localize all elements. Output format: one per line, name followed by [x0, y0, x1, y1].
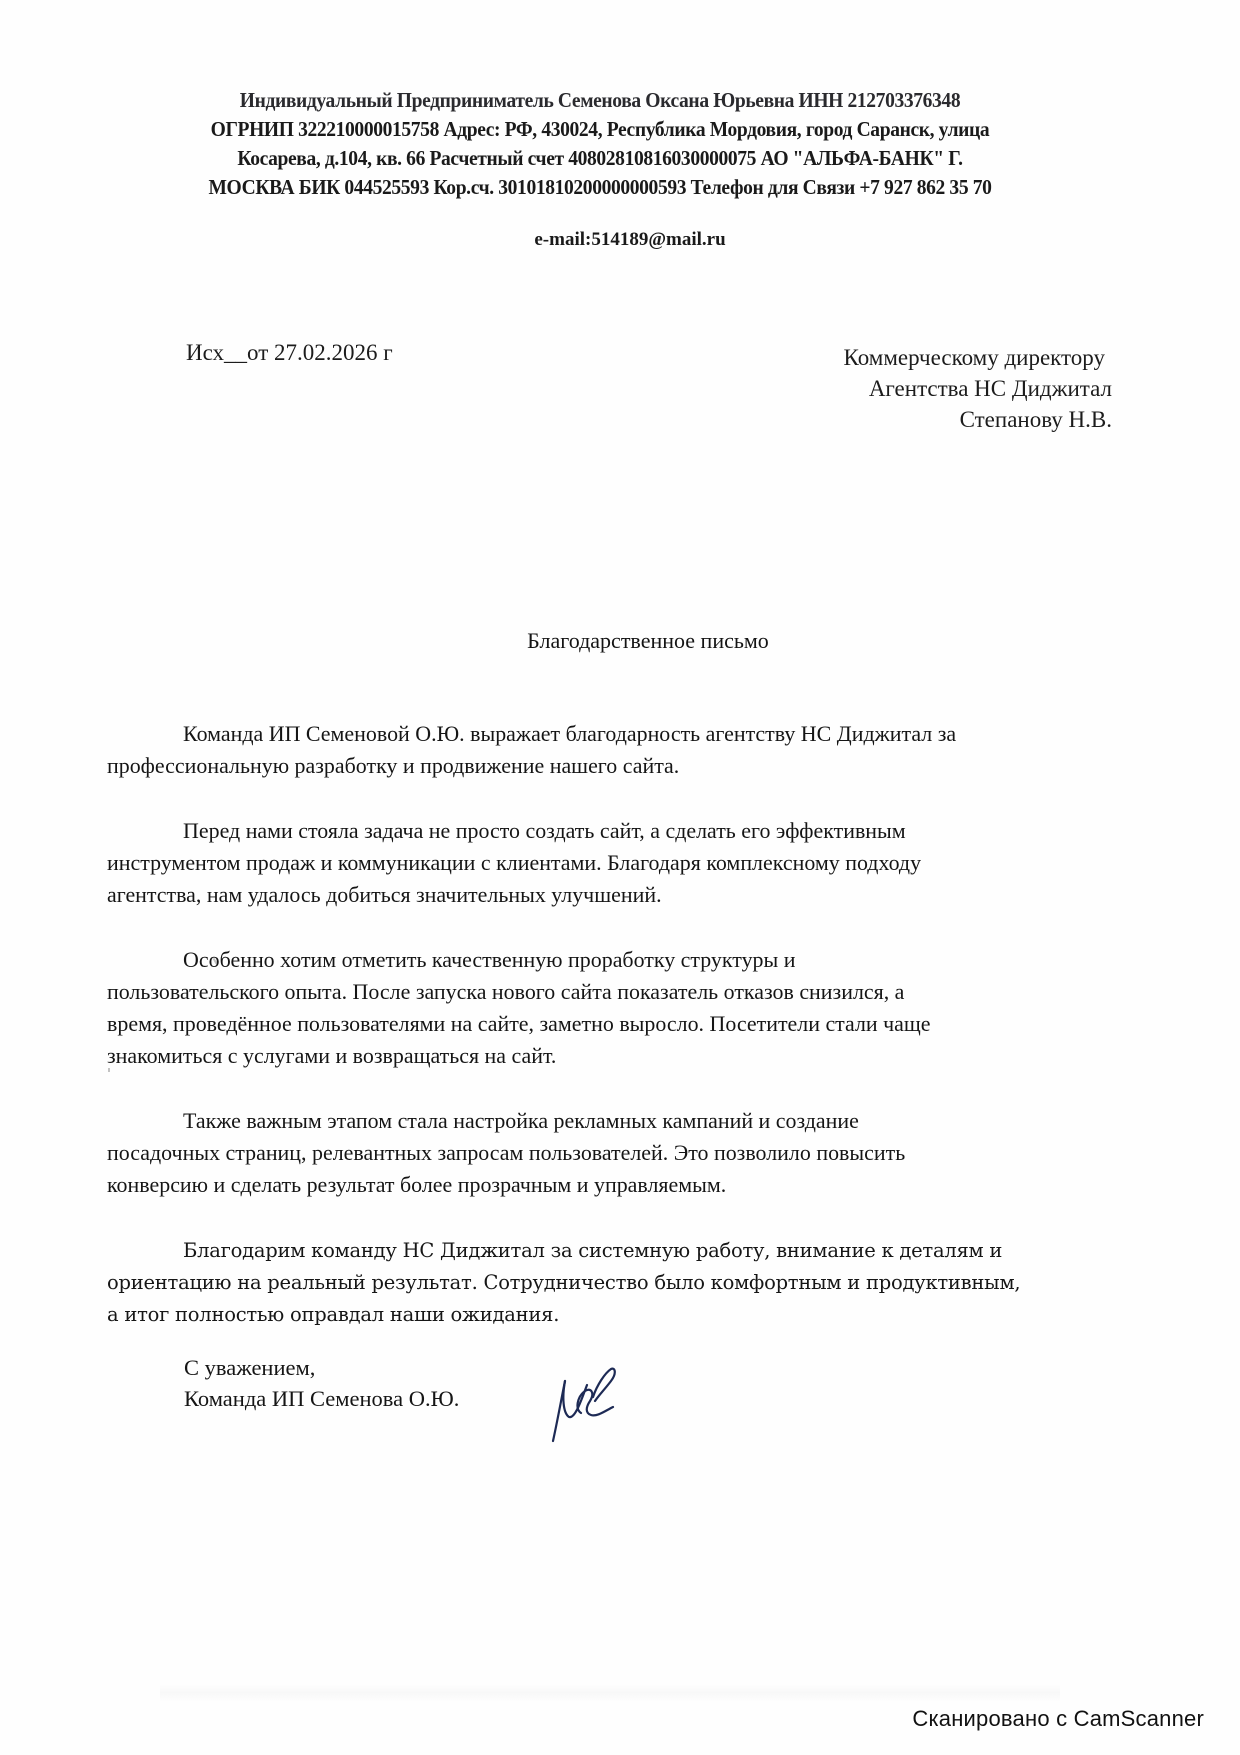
requisites-line: МОСКВА БИК 044525593 Кор.сч. 30101810200…	[135, 173, 1065, 202]
paragraph: Благодарим команду НС Диджитал за систем…	[107, 1234, 1092, 1330]
requisites-line: Индивидуальный Предприниматель Семенова …	[135, 86, 1065, 115]
text-line: профессиональную разработку и продвижени…	[107, 750, 1092, 782]
closing-block: С уважением, Команда ИП Семенова О.Ю.	[184, 1352, 459, 1414]
closing-signatory: Команда ИП Семенова О.Ю.	[184, 1383, 459, 1414]
text-line: Перед нами стояла задача не просто созда…	[107, 815, 1092, 847]
text-line: посадочных страниц, релевантных запросам…	[107, 1137, 1092, 1169]
paragraph: Особенно хотим отметить качественную про…	[107, 944, 1092, 1072]
paragraph: Также важным этапом стала настройка рекл…	[107, 1105, 1092, 1201]
text-line: знакомиться с услугами и возвращаться на…	[107, 1040, 1092, 1072]
text-line: конверсию и сделать результат более проз…	[107, 1169, 1092, 1201]
addressee-organization: Агентства НС Диджитал	[844, 373, 1112, 404]
text-line: время, проведённое пользователями на сай…	[107, 1008, 1092, 1040]
text-line: Команда ИП Семеновой О.Ю. выражает благо…	[107, 718, 1092, 750]
document-page: Индивидуальный Предприниматель Семенова …	[0, 0, 1240, 1755]
document-title: Благодарственное письмо	[0, 628, 1240, 654]
letter-body: Команда ИП Семеновой О.Ю. выражает благо…	[107, 718, 1092, 1363]
requisites-line: Косарева, д.104, кв. 66 Расчетный счет 4…	[135, 144, 1065, 173]
scan-artifact	[108, 1068, 110, 1072]
company-requisites: Индивидуальный Предприниматель Семенова …	[135, 86, 1065, 202]
text-line: ориентацию на реальный результат. Сотруд…	[107, 1266, 1092, 1298]
scan-bleed-through	[160, 1684, 1060, 1702]
paragraph: Команда ИП Семеновой О.Ю. выражает благо…	[107, 718, 1092, 782]
addressee-block: Коммерческому директору Агентства НС Дид…	[844, 342, 1112, 435]
text-line: инструментом продаж и коммуникации с кли…	[107, 847, 1092, 879]
addressee-position: Коммерческому директору	[844, 342, 1105, 373]
handwritten-signature-icon	[535, 1357, 625, 1447]
text-line: Также важным этапом стала настройка рекл…	[107, 1105, 1092, 1137]
requisites-line: ОГРНИП 322210000015758 Адрес: РФ, 430024…	[135, 115, 1065, 144]
text-line: агентства, нам удалось добиться значител…	[107, 879, 1092, 911]
addressee-name: Степанову Н.В.	[844, 404, 1112, 435]
camscanner-watermark: Сканировано с CamScanner	[912, 1706, 1204, 1732]
outgoing-number-date: Исх__от 27.02.2026 г	[186, 340, 393, 366]
text-line: а итог полностью оправдал наши ожидания.	[107, 1298, 1092, 1330]
closing-salutation: С уважением,	[184, 1352, 459, 1383]
company-email: e-mail:514189@mail.ru	[0, 229, 1240, 251]
text-line: пользовательского опыта. После запуска н…	[107, 976, 1092, 1008]
text-line: Особенно хотим отметить качественную про…	[107, 944, 1092, 976]
text-line: Благодарим команду НС Диджитал за систем…	[107, 1234, 1092, 1266]
paragraph: Перед нами стояла задача не просто созда…	[107, 815, 1092, 911]
